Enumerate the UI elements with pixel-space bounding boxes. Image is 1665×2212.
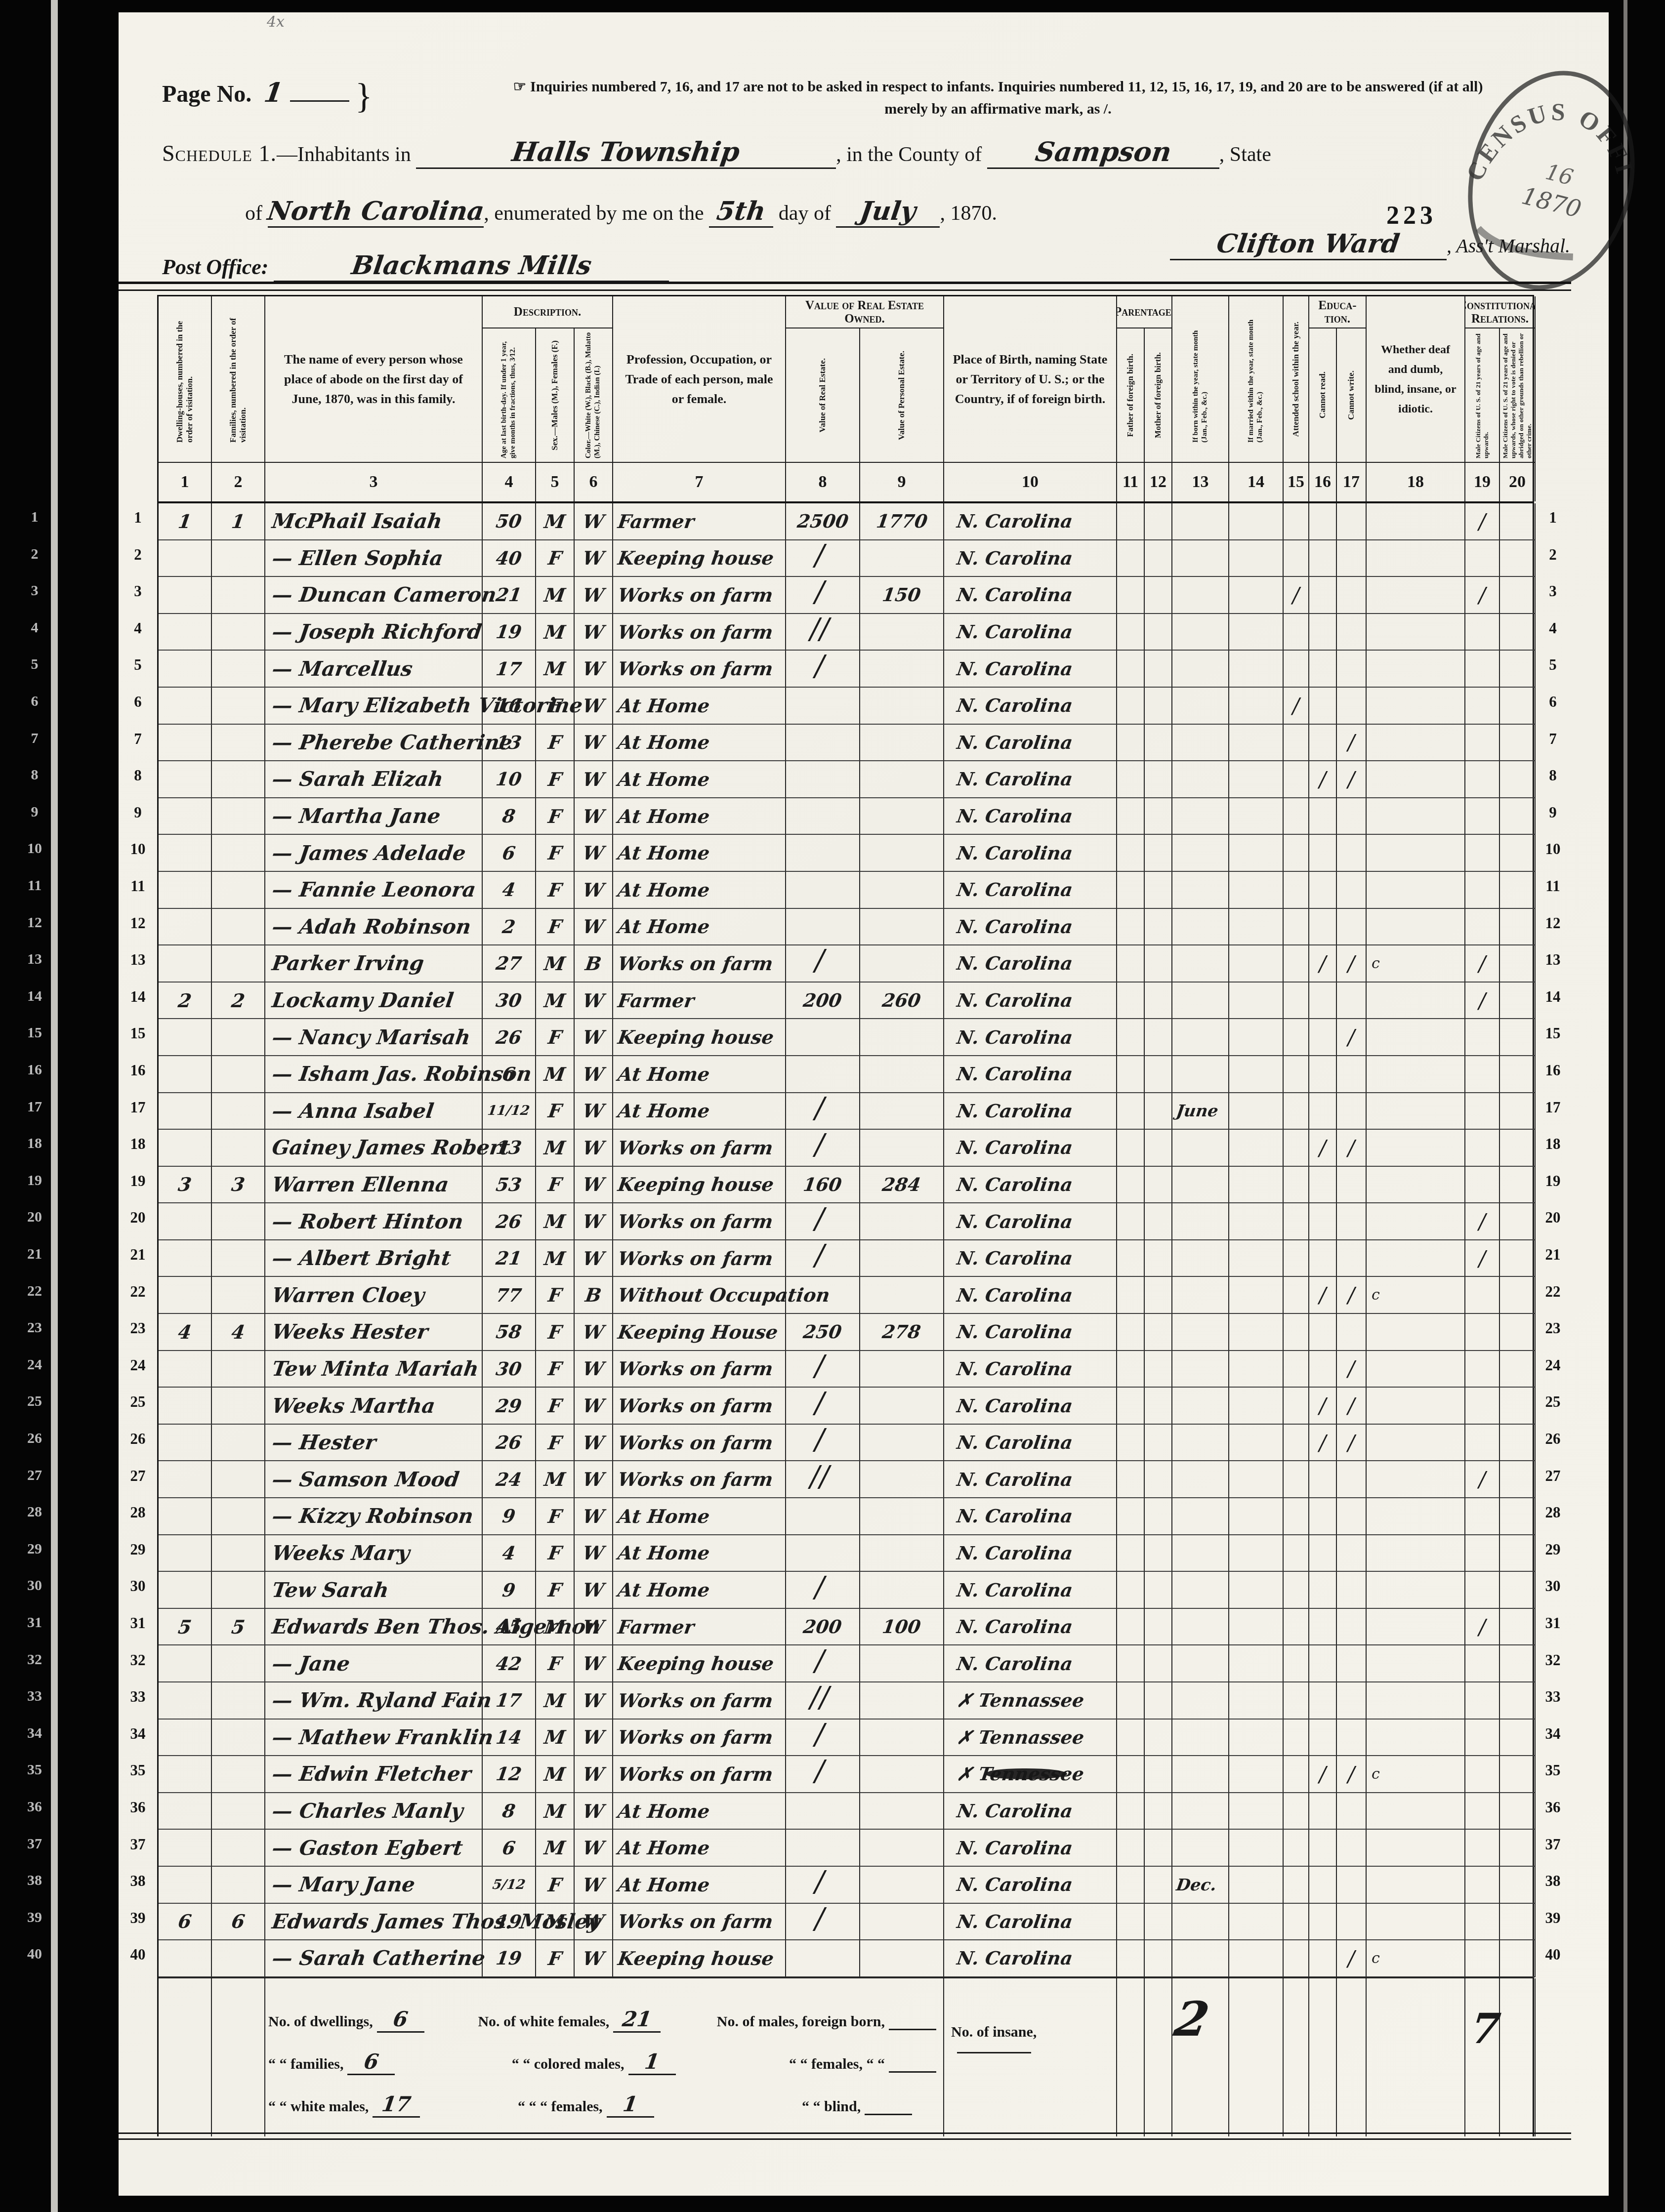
father-foreign-cell xyxy=(1117,798,1145,835)
name-cell: McPhail Isaiah xyxy=(265,503,483,540)
birthplace-cell: N. Carolina xyxy=(944,1056,1117,1093)
personal-estate-cell xyxy=(860,1277,944,1314)
post-office-line: Post Office: Blackmans Mills xyxy=(162,250,669,282)
footer-stat-value: 6 xyxy=(347,2049,395,2075)
male-citizen-cell xyxy=(1465,1498,1500,1535)
color-cell: W xyxy=(575,577,613,614)
ghost-row-number: 28 xyxy=(20,1504,49,1520)
born-month-cell xyxy=(1172,1461,1229,1498)
citizen-denied-cell xyxy=(1500,1093,1536,1130)
real-estate-cell-value: 160 xyxy=(802,1174,843,1195)
ghost-row-number: 13 xyxy=(20,951,49,968)
name-cell: — Edwin Fletcher xyxy=(265,1756,483,1793)
mother-foreign-cell xyxy=(1145,688,1172,725)
birthplace-cell: N. Carolina xyxy=(944,1793,1117,1830)
ghost-row-number: 21 xyxy=(20,1246,49,1263)
occupation-cell: Works on farm xyxy=(613,651,786,688)
family-cell xyxy=(212,1056,265,1093)
personal-estate-cell xyxy=(860,1904,944,1941)
occupation-cell-value: At Home xyxy=(612,1063,711,1085)
row-number-right: 20 xyxy=(1538,1209,1568,1227)
mother-foreign-cell xyxy=(1145,1314,1172,1351)
male-citizen-cell xyxy=(1465,1940,1500,1977)
personal-estate-cell-value: 284 xyxy=(881,1174,922,1195)
row-number-left: 31 xyxy=(123,1614,153,1632)
sex-cell: F xyxy=(536,1388,575,1425)
dwelling-cell xyxy=(159,872,212,909)
footer-stat-value-text: 1 xyxy=(622,2092,639,2116)
born-month-cell xyxy=(1172,761,1229,798)
dwelling-cell: 6 xyxy=(159,1904,212,1941)
born-month-cell xyxy=(1172,1940,1229,1977)
birthplace-cell: N. Carolina xyxy=(944,577,1117,614)
occupation-cell-value: Works on farm xyxy=(612,1432,775,1454)
father-foreign-cell xyxy=(1117,1314,1145,1351)
father-foreign-cell xyxy=(1117,835,1145,872)
family-cell xyxy=(212,1461,265,1498)
name-cell-value: Weeks Martha xyxy=(264,1394,437,1418)
age-cell: 8 xyxy=(483,1793,536,1830)
name-cell-value: — Anna Isabel xyxy=(264,1099,435,1123)
color-cell: W xyxy=(575,1019,613,1056)
sex-cell-value: F xyxy=(546,1394,563,1417)
age-cell: 21 xyxy=(483,577,536,614)
cannot-write-cell xyxy=(1337,798,1367,835)
cannot-read-cell-value: / xyxy=(1319,1762,1326,1786)
sex-cell: F xyxy=(536,761,575,798)
male-citizen-cell xyxy=(1465,1019,1500,1056)
row-number-right: 18 xyxy=(1538,1135,1568,1153)
dwelling-cell xyxy=(159,1645,212,1682)
age-cell: 8 xyxy=(483,798,536,835)
married-month-cell xyxy=(1229,1277,1284,1314)
personal-estate-cell: 150 xyxy=(860,577,944,614)
birthplace-cell: N. Carolina xyxy=(944,761,1117,798)
sex-cell: M xyxy=(536,1720,575,1757)
column-header-19: Male Citizens of U. S. of 21 years of ag… xyxy=(1465,328,1500,462)
male-citizen-cell: / xyxy=(1465,1609,1500,1646)
occupation-cell-value: Farmer xyxy=(612,989,696,1012)
citizen-denied-cell xyxy=(1500,1940,1536,1977)
age-cell: 6 xyxy=(483,835,536,872)
real-estate-cell: / xyxy=(786,1203,860,1240)
color-cell: B xyxy=(575,945,613,983)
column-header-1: Dwelling-houses, numbered in the order o… xyxy=(159,296,212,462)
born-month-cell xyxy=(1172,688,1229,725)
age-cell-value: 6 xyxy=(501,1063,517,1085)
father-foreign-cell xyxy=(1117,1904,1145,1941)
color-cell-value: W xyxy=(581,1173,605,1195)
ghost-row-number: 24 xyxy=(20,1356,49,1373)
sex-cell: F xyxy=(536,540,575,577)
age-cell: 12 xyxy=(483,1756,536,1793)
mother-foreign-cell xyxy=(1145,835,1172,872)
sex-cell-value: F xyxy=(546,1173,563,1195)
citizen-denied-cell xyxy=(1500,835,1536,872)
sex-cell: F xyxy=(536,835,575,872)
personal-estate-cell xyxy=(860,1130,944,1167)
birthplace-cell-value: N. Carolina xyxy=(943,584,1074,606)
dwelling-cell xyxy=(159,1793,212,1830)
cannot-write-cell-value: / xyxy=(1348,1393,1355,1418)
born-month-cell xyxy=(1172,1388,1229,1425)
male-citizen-cell xyxy=(1465,1093,1500,1130)
name-cell-value: — Martha Jane xyxy=(264,804,442,828)
footer-col17 xyxy=(1337,1978,1367,2136)
attended-school-cell xyxy=(1284,725,1309,762)
birthplace-cell-value: ✗ Tennessee xyxy=(943,1763,1085,1785)
family-cell xyxy=(212,1093,265,1130)
mother-foreign-cell xyxy=(1145,651,1172,688)
attended-school-cell xyxy=(1284,835,1309,872)
deaf-dumb-cell xyxy=(1367,1645,1465,1682)
citizen-denied-cell xyxy=(1500,614,1536,651)
father-foreign-cell xyxy=(1117,909,1145,946)
deaf-dumb-cell-value: c xyxy=(1367,1950,1380,1967)
age-cell-value: 8 xyxy=(501,805,517,827)
mother-foreign-cell xyxy=(1145,1609,1172,1646)
birthplace-cell-value: N. Carolina xyxy=(943,1358,1074,1380)
family-cell xyxy=(212,1203,265,1240)
sex-cell-value: M xyxy=(543,1063,567,1085)
real-estate-cell xyxy=(786,872,860,909)
occupation-cell-value: Works on farm xyxy=(612,1210,775,1232)
real-estate-cell: / xyxy=(786,1351,860,1388)
name-cell: Edwards Ben Thos. Algernon xyxy=(265,1609,483,1646)
color-cell-value: W xyxy=(581,1505,605,1527)
personal-estate-cell xyxy=(860,1830,944,1867)
attended-school-cell xyxy=(1284,1535,1309,1572)
citizen-denied-cell xyxy=(1500,1240,1536,1277)
county-value: Sampson xyxy=(1033,136,1173,167)
sex-cell-value: F xyxy=(546,805,563,827)
footer-stat-row: “ “ white males,17“ “ “ females,1“ “ bli… xyxy=(268,2092,943,2134)
occupation-cell: Works on farm xyxy=(613,1388,786,1425)
name-cell-value: — Charles Manly xyxy=(264,1799,465,1823)
birthplace-cell: N. Carolina xyxy=(944,1609,1117,1646)
birthplace-cell-value: N. Carolina xyxy=(943,1469,1074,1490)
married-month-cell xyxy=(1229,503,1284,540)
row-number-right: 25 xyxy=(1538,1393,1568,1411)
color-cell-value: W xyxy=(581,842,605,864)
color-cell: W xyxy=(575,614,613,651)
name-cell-value: — Mary Jane xyxy=(264,1873,417,1896)
color-cell: W xyxy=(575,1203,613,1240)
column-number: 1 xyxy=(159,462,212,501)
real-estate-cell: 250 xyxy=(786,1314,860,1351)
birthplace-cell: N. Carolina xyxy=(944,1130,1117,1167)
bottom-double-rule xyxy=(119,2132,1571,2140)
name-cell-value: — Pherebe Catherine xyxy=(264,731,514,754)
real-estate-cell: / xyxy=(786,1572,860,1609)
birthplace-cell-value: N. Carolina xyxy=(943,1579,1074,1601)
ghost-row-number: 17 xyxy=(20,1099,49,1115)
occupation-cell: Keeping house xyxy=(613,1645,786,1682)
cannot-read-cell xyxy=(1309,503,1337,540)
age-cell-value: 6 xyxy=(501,842,517,864)
color-cell-value: W xyxy=(581,1321,605,1343)
deaf-dumb-cell: c xyxy=(1367,945,1465,983)
personal-estate-cell xyxy=(860,688,944,725)
attended-school-cell xyxy=(1284,1609,1309,1646)
male-citizen-cell xyxy=(1465,1314,1500,1351)
citizen-denied-cell xyxy=(1500,1425,1536,1462)
row-number-right: 24 xyxy=(1538,1356,1568,1374)
sex-cell-value: M xyxy=(543,989,567,1012)
occupation-cell: Works on farm xyxy=(613,1720,786,1757)
row-number-left: 8 xyxy=(123,767,153,784)
footer-insane-label: No. of insane, xyxy=(951,2024,1116,2041)
color-cell-value: W xyxy=(581,1689,605,1712)
dwelling-cell xyxy=(159,1867,212,1904)
dwelling-cell: 2 xyxy=(159,983,212,1020)
column-number: 7 xyxy=(613,462,786,501)
color-cell: W xyxy=(575,1572,613,1609)
born-month-cell xyxy=(1172,1756,1229,1793)
ghost-row-number: 9 xyxy=(20,804,49,820)
married-month-cell xyxy=(1229,1756,1284,1793)
attended-school-cell xyxy=(1284,1830,1309,1867)
citizen-denied-cell xyxy=(1500,1167,1536,1204)
name-cell: — Isham Jas. Robinson xyxy=(265,1056,483,1093)
family-cell xyxy=(212,1720,265,1757)
occupation-cell: At Home xyxy=(613,1535,786,1572)
occupation-cell: Works on farm xyxy=(613,945,786,983)
birthplace-cell-value: N. Carolina xyxy=(943,989,1074,1011)
sex-cell: M xyxy=(536,503,575,540)
attended-school-cell xyxy=(1284,1425,1309,1462)
color-cell-value: W xyxy=(581,1063,605,1085)
name-cell-value: — Robert Hinton xyxy=(264,1210,465,1233)
column-label: Profession, Occupation, or Trade of each… xyxy=(613,347,785,412)
birthplace-cell-value: N. Carolina xyxy=(943,1432,1074,1453)
sex-cell: F xyxy=(536,1019,575,1056)
dwelling-cell-value: 4 xyxy=(177,1321,193,1343)
row-number-left: 12 xyxy=(123,914,153,932)
male-citizen-cell xyxy=(1465,798,1500,835)
birthplace-cell-value: N. Carolina xyxy=(943,879,1074,901)
personal-estate-cell-value: 100 xyxy=(881,1616,922,1638)
row-number-left: 25 xyxy=(123,1393,153,1411)
sex-cell-value: F xyxy=(546,1432,563,1454)
attended-school-cell xyxy=(1284,1572,1309,1609)
color-cell-value: W xyxy=(581,695,605,717)
column-label: If born within the year, state month (Ja… xyxy=(1192,316,1209,443)
mother-foreign-cell xyxy=(1145,1756,1172,1793)
occupation-cell: At Home xyxy=(613,1867,786,1904)
row-number-right: 2 xyxy=(1538,546,1568,564)
birthplace-cell-value: N. Carolina xyxy=(943,732,1074,753)
birthplace-cell: N. Carolina xyxy=(944,1498,1117,1535)
father-foreign-cell xyxy=(1117,577,1145,614)
personal-estate-cell xyxy=(860,798,944,835)
footer-col15 xyxy=(1284,1978,1309,2136)
sex-cell: M xyxy=(536,1793,575,1830)
real-estate-cell: / xyxy=(786,1720,860,1757)
color-cell: W xyxy=(575,761,613,798)
ghost-row-number: 6 xyxy=(20,693,49,710)
age-cell: 24 xyxy=(483,1461,536,1498)
personal-estate-cell xyxy=(860,1940,944,1977)
married-month-cell xyxy=(1229,945,1284,983)
column-number: 9 xyxy=(860,462,944,501)
personal-estate-cell xyxy=(860,1461,944,1498)
birthplace-cell: N. Carolina xyxy=(944,835,1117,872)
age-cell-value: 9 xyxy=(501,1579,517,1601)
born-month-cell xyxy=(1172,872,1229,909)
dwelling-cell-value: 6 xyxy=(177,1910,193,1932)
row-number-right: 33 xyxy=(1538,1688,1568,1706)
color-cell: W xyxy=(575,1167,613,1204)
family-cell xyxy=(212,1682,265,1720)
color-cell: W xyxy=(575,1904,613,1941)
name-cell: Parker Irving xyxy=(265,945,483,983)
birthplace-cell-value: N. Carolina xyxy=(943,1063,1074,1085)
citizen-denied-cell xyxy=(1500,1682,1536,1720)
deaf-dumb-cell xyxy=(1367,1535,1465,1572)
mother-foreign-cell xyxy=(1145,1240,1172,1277)
personal-estate-cell-value: 278 xyxy=(881,1321,922,1343)
born-month-cell xyxy=(1172,1056,1229,1093)
cannot-read-cell xyxy=(1309,1535,1337,1572)
male-citizen-cell xyxy=(1465,909,1500,946)
row-number-right: 5 xyxy=(1538,656,1568,674)
column-number: 2 xyxy=(212,462,265,501)
column-label: If married within the year, state month … xyxy=(1247,316,1264,443)
cannot-read-cell xyxy=(1309,1314,1337,1351)
citizen-denied-cell xyxy=(1500,688,1536,725)
born-month-cell xyxy=(1172,1203,1229,1240)
age-cell-value: 5/12 xyxy=(492,1877,527,1892)
cannot-read-cell xyxy=(1309,540,1337,577)
father-foreign-cell xyxy=(1117,983,1145,1020)
family-cell xyxy=(212,577,265,614)
ghost-row-number: 14 xyxy=(20,988,49,1005)
deaf-dumb-cell xyxy=(1367,1203,1465,1240)
sex-cell-value: F xyxy=(546,695,563,717)
real-estate-cell-value: 200 xyxy=(802,1616,843,1638)
footer-col11 xyxy=(1117,1978,1145,2136)
brace: } xyxy=(355,76,373,116)
citizen-denied-cell xyxy=(1500,540,1536,577)
row-number-left: 19 xyxy=(123,1172,153,1190)
ghost-row-number: 25 xyxy=(20,1393,49,1410)
born-month-cell xyxy=(1172,983,1229,1020)
name-cell-value: — James Adelade xyxy=(264,841,467,865)
deaf-dumb-cell-value: c xyxy=(1367,1286,1380,1304)
personal-estate-cell xyxy=(860,1425,944,1462)
footer-stat-item: No. of white females,21 xyxy=(478,2007,716,2033)
color-cell-value: W xyxy=(581,1947,605,1969)
sex-cell: F xyxy=(536,1314,575,1351)
occupation-cell-value: Works on farm xyxy=(612,1357,775,1380)
real-estate-cell: / xyxy=(786,1240,860,1277)
name-cell-value: Weeks Mary xyxy=(264,1541,412,1565)
row-number-left: 9 xyxy=(123,804,153,821)
footer-stat-label: No. of white females, xyxy=(478,2013,609,2030)
family-cell xyxy=(212,1498,265,1535)
family-cell-value: 5 xyxy=(230,1616,247,1638)
dwelling-cell xyxy=(159,1830,212,1867)
family-cell-value: 1 xyxy=(230,510,247,533)
personal-estate-cell: 284 xyxy=(860,1167,944,1204)
mother-foreign-cell xyxy=(1145,1388,1172,1425)
birthplace-cell: N. Carolina xyxy=(944,1277,1117,1314)
family-cell xyxy=(212,1277,265,1314)
dwelling-cell xyxy=(159,725,212,762)
mother-foreign-cell xyxy=(1145,1056,1172,1093)
occupation-cell: At Home xyxy=(613,798,786,835)
name-cell: — Nancy Marisah xyxy=(265,1019,483,1056)
table-header: Description.Value of Real Estate Owned.P… xyxy=(157,295,1534,503)
family-cell: 1 xyxy=(212,503,265,540)
name-cell-value: — Kizzy Robinson xyxy=(264,1504,475,1528)
census-table: Description.Value of Real Estate Owned.P… xyxy=(157,295,1534,2136)
age-cell-value: 30 xyxy=(495,989,523,1011)
deaf-dumb-cell xyxy=(1367,909,1465,946)
real-estate-cell xyxy=(786,1019,860,1056)
color-cell: W xyxy=(575,1314,613,1351)
column-header-4: Age at last birth-day. If under 1 year, … xyxy=(483,328,536,462)
footer-stat-value: 21 xyxy=(613,2007,661,2033)
deaf-dumb-cell xyxy=(1367,1793,1465,1830)
dwelling-cell xyxy=(159,1461,212,1498)
color-cell-value: B xyxy=(584,952,603,975)
age-cell-value: 21 xyxy=(495,1247,523,1269)
row-number-right: 28 xyxy=(1538,1504,1568,1521)
sex-cell-value: M xyxy=(543,1910,567,1932)
row-number-right: 22 xyxy=(1538,1283,1568,1301)
footer-stat-item: “ “ blind, xyxy=(802,2098,919,2115)
birthplace-cell-value: N. Carolina xyxy=(943,1542,1074,1564)
family-cell xyxy=(212,1019,265,1056)
color-cell-value: W xyxy=(581,1800,605,1822)
real-estate-cell: / xyxy=(786,1867,860,1904)
birthplace-cell-value: N. Carolina xyxy=(943,842,1074,864)
sex-cell: F xyxy=(536,798,575,835)
age-cell: 2 xyxy=(483,909,536,946)
citizen-denied-cell xyxy=(1500,1756,1536,1793)
deaf-dumb-cell xyxy=(1367,1720,1465,1757)
mother-foreign-cell xyxy=(1145,1572,1172,1609)
birthplace-cell: N. Carolina xyxy=(944,983,1117,1020)
ghost-row-number: 5 xyxy=(20,656,49,673)
male-citizen-cell xyxy=(1465,1167,1500,1204)
census-scan-page: 1234567891011121314151617181920212223242… xyxy=(0,0,1665,2212)
name-cell: — Mary Jane xyxy=(265,1867,483,1904)
name-cell-value: — Jane xyxy=(264,1652,352,1676)
footer-col14 xyxy=(1229,1978,1284,2136)
married-month-cell xyxy=(1229,1609,1284,1646)
cannot-read-cell xyxy=(1309,1867,1337,1904)
cannot-read-cell xyxy=(1309,835,1337,872)
sex-cell-value: F xyxy=(546,1357,563,1380)
married-month-cell xyxy=(1229,872,1284,909)
citizen-denied-cell xyxy=(1500,983,1536,1020)
attended-school-cell xyxy=(1284,1240,1309,1277)
dwelling-cell xyxy=(159,945,212,983)
row-number-left: 39 xyxy=(123,1909,153,1927)
ghost-row-number: 31 xyxy=(20,1614,49,1631)
color-cell: W xyxy=(575,1867,613,1904)
married-month-cell xyxy=(1229,1019,1284,1056)
footer-stray-mark-7: 7 xyxy=(1469,2004,1503,2053)
sex-cell-value: M xyxy=(543,1689,567,1712)
sex-cell: F xyxy=(536,872,575,909)
color-cell: W xyxy=(575,1425,613,1462)
sex-cell-value: F xyxy=(546,915,563,938)
color-cell-value: W xyxy=(581,1910,605,1932)
